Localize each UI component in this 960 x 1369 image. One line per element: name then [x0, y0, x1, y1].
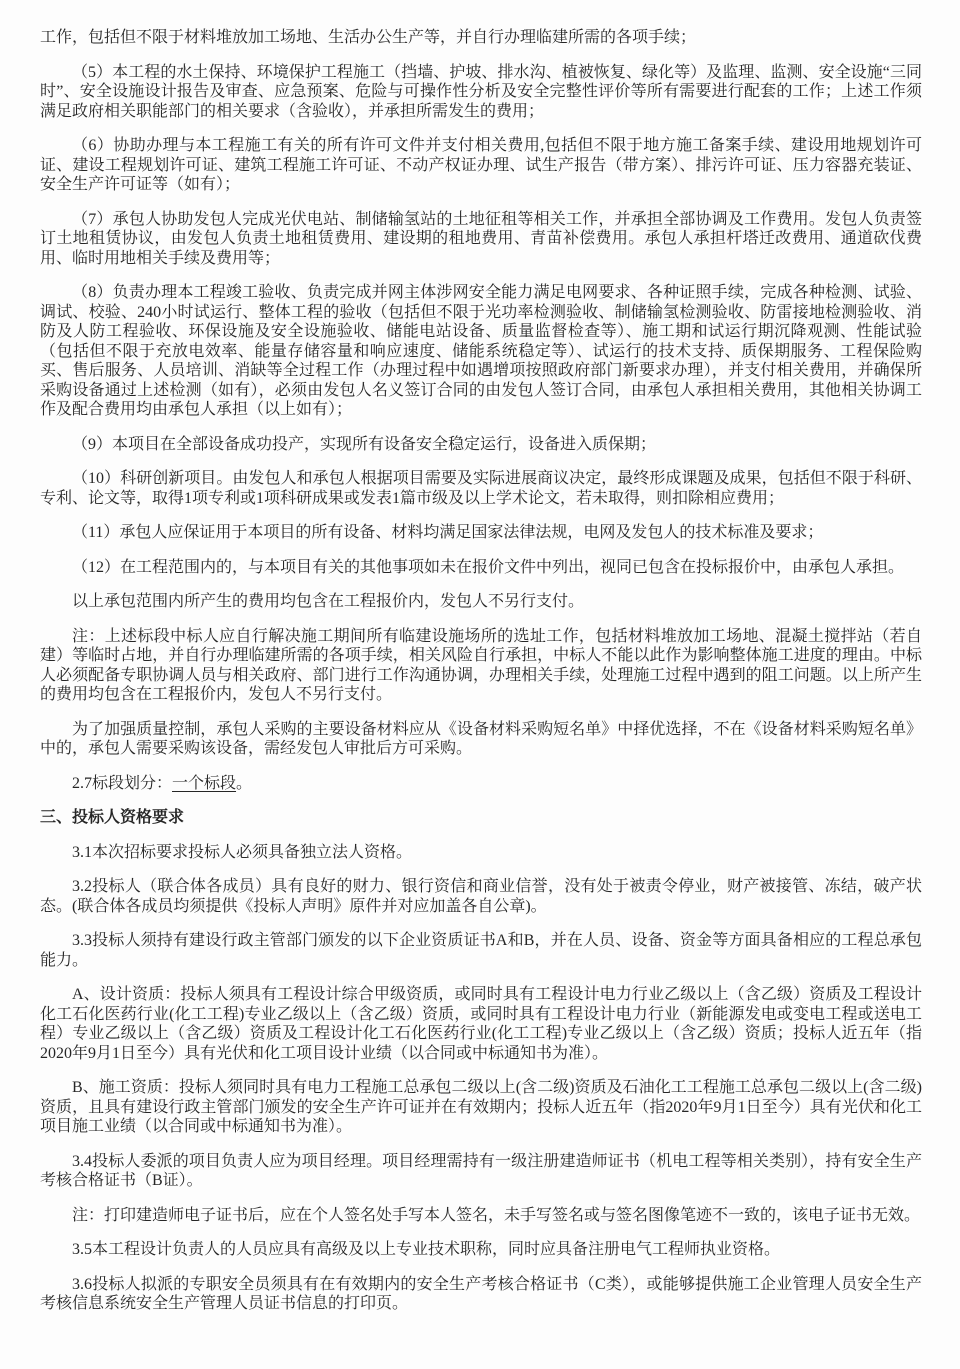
quality-control-paragraph: 为了加强质量控制，承包人采购的主要设备材料应从《设备材料采购短名单》中择优选择，…	[40, 720, 922, 759]
clause-3-5: 3.5本工程设计负责人的人员应具有高级及以上专业技术职称，同时应具备注册电气工程…	[40, 1240, 922, 1260]
clause-9: （9）本项目在全部设备成功投产，实现所有设备安全稳定运行，设备进入质保期；	[40, 435, 922, 455]
clause-2-7: 2.7标段划分：一个标段。	[40, 774, 922, 794]
clause-3-1: 3.1本次招标要求投标人必须具备独立法人资格。	[40, 843, 922, 863]
clause-11: （11）承包人应保证用于本项目的所有设备、材料均满足国家法律法规，电网及发包人的…	[40, 523, 922, 543]
note-site-selection: 注：上述标段中标人应自行解决施工期间所有临建设施场所的选址工作，包括材料堆放加工…	[40, 627, 922, 705]
tender-document-page: 工作，包括但不限于材料堆放加工场地、生活办公生产等，并自行办理临建所需的各项手续…	[0, 0, 960, 1369]
clause-3-3: 3.3投标人须持有建设行政主管部门颁发的以下企业资质证书A和B，并在人员、设备、…	[40, 931, 922, 970]
clause-2-7-underlined-value: 一个标段	[172, 775, 236, 792]
section-3-heading: 三、投标人资格要求	[40, 808, 922, 828]
clause-8: （8）负责办理本工程竣工验收、负责完成并网主体涉网安全能力满足电网要求、各种证照…	[40, 283, 922, 420]
clause-12: （12）在工程范围内的，与本项目有关的其他事项如未在报价文件中列出，视同已包含在…	[40, 558, 922, 578]
paragraph-continuation: 工作，包括但不限于材料堆放加工场地、生活办公生产等，并自行办理临建所需的各项手续…	[40, 28, 922, 48]
clause-2-7-suffix: 。	[236, 775, 252, 792]
clause-3-6: 3.6投标人拟派的专职安全员须具有在有效期内的安全生产考核合格证书（C类），或能…	[40, 1275, 922, 1314]
note-signature: 注：打印建造师电子证书后，应在个人签名处手写本人签名，未手写签名或与签名图像笔迹…	[40, 1206, 922, 1226]
clause-3-2: 3.2投标人（联合体各成员）具有良好的财力、银行资信和商业信誉，没有处于被责令停…	[40, 877, 922, 916]
qualification-b-construction: B、施工资质：投标人须同时具有电力工程施工总承包二级以上(含二级)资质及石油化工…	[40, 1078, 922, 1137]
clause-2-7-prefix: 2.7标段划分：	[72, 775, 172, 792]
clause-6: （6）协助办理与本工程施工有关的所有许可文件并支付相关费用,包括但不限于地方施工…	[40, 136, 922, 195]
qualification-a-design: A、设计资质：投标人须具有工程设计综合甲级资质，或同时具有工程设计电力行业乙级以…	[40, 985, 922, 1063]
fee-summary: 以上承包范围内所产生的费用均包含在工程报价内，发包人不另行支付。	[40, 592, 922, 612]
clause-10: （10）科研创新项目。由发包人和承包人根据项目需要及实际进展商议决定，最终形成课…	[40, 469, 922, 508]
clause-7: （7）承包人协助发包人完成光伏电站、制储输氢站的土地征租等相关工作，并承担全部协…	[40, 210, 922, 269]
clause-5: （5）本工程的水土保持、环境保护工程施工（挡墙、护坡、排水沟、植被恢复、绿化等）…	[40, 63, 922, 122]
clause-3-4: 3.4投标人委派的项目负责人应为项目经理。项目经理需持有一级注册建造师证书（机电…	[40, 1152, 922, 1191]
